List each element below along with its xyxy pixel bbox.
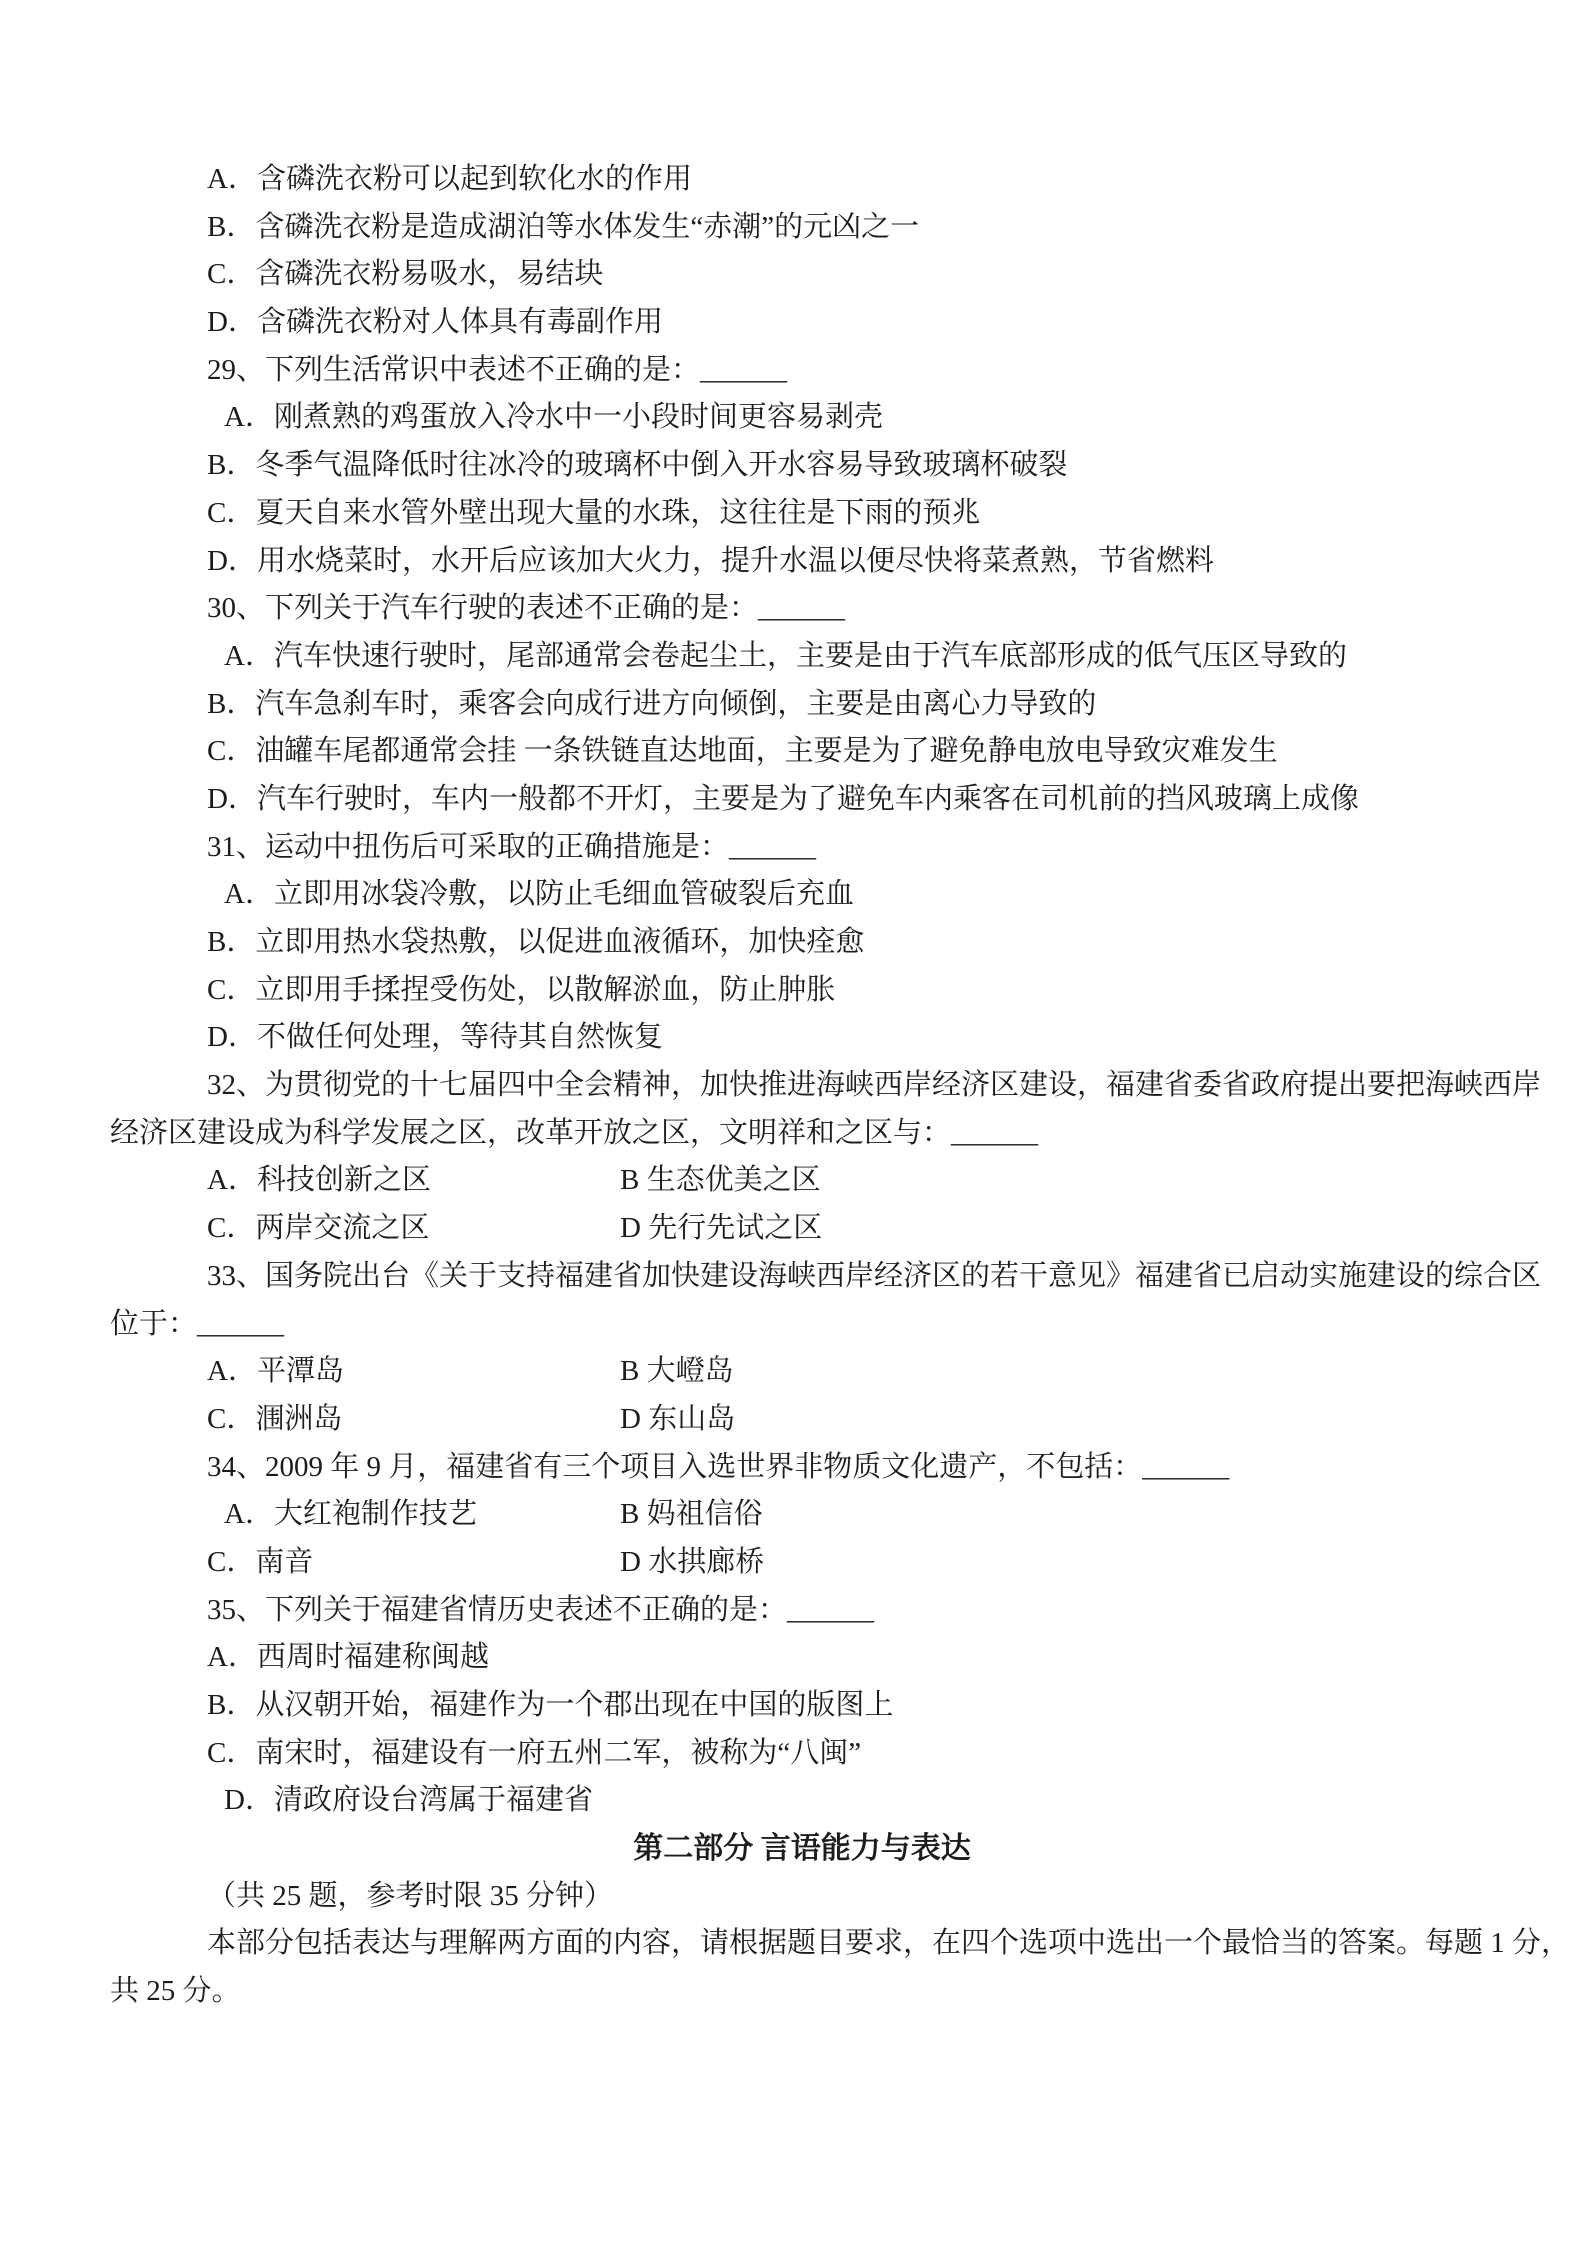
q35-option-b: B．从汉朝开始，福建作为一个郡出现在中国的版图上 <box>110 1682 1494 1730</box>
q32-option-row-ab: A．科技创新之区 B 生态优美之区 <box>110 1157 1494 1205</box>
q31-option-a: A．立即用冰袋冷敷，以防止毛细血管破裂后充血 <box>110 871 1494 919</box>
section-title: 第二部分 言语能力与表达 <box>110 1825 1494 1873</box>
q32-option-a: A．科技创新之区 <box>207 1164 431 1196</box>
q33-stem-line-1: 33、国务院出台《关于支持福建省加快建设海峡西岸经济区的若干意见》福建省已启动实… <box>110 1253 1494 1301</box>
q31-option-b: B．立即用热水袋热敷，以促进血液循环，加快痊愈 <box>110 919 1494 967</box>
q32-option-d: D 先行先试之区 <box>620 1205 822 1253</box>
q30-option-b: B．汽车急刹车时，乘客会向成行进方向倾倒，主要是由离心力导致的 <box>110 681 1494 729</box>
q28-option-b: B．含磷洗衣粉是造成湖泊等水体发生“赤潮”的元凶之一 <box>110 204 1494 252</box>
q31-option-d: D．不做任何处理，等待其自然恢复 <box>110 1014 1494 1062</box>
q33-option-row-cd: C．涠洲岛 D 东山岛 <box>110 1396 1494 1444</box>
q29-option-c: C．夏天自来水管外壁出现大量的水珠，这往往是下雨的预兆 <box>110 490 1494 538</box>
q33-option-d: D 东山岛 <box>620 1396 735 1444</box>
q33-stem-line-2: 位于：______ <box>110 1301 1494 1349</box>
q28-option-d: D．含磷洗衣粉对人体具有毒副作用 <box>110 299 1494 347</box>
q31-option-c: C．立即用手揉捏受伤处，以散解淤血，防止肿胀 <box>110 967 1494 1015</box>
q30-stem: 30、下列关于汽车行驶的表述不正确的是：______ <box>110 585 1494 633</box>
section-intro-line-2: 共 25 分。 <box>110 1968 1494 2016</box>
q33-option-a: A．平潭岛 <box>207 1355 344 1387</box>
q35-option-c: C．南宋时，福建设有一府五州二军，被称为“八闽” <box>110 1730 1494 1778</box>
q35-stem: 35、下列关于福建省情历史表述不正确的是：______ <box>110 1587 1494 1635</box>
q30-option-d: D．汽车行驶时，车内一般都不开灯，主要是为了避免车内乘客在司机前的挡风玻璃上成像 <box>110 776 1494 824</box>
q34-option-c: C．南音 <box>207 1546 313 1578</box>
q34-option-b: B 妈祖信俗 <box>620 1491 763 1539</box>
q32-stem-line-2: 经济区建设成为科学发展之区，改革开放之区，文明祥和之区与：______ <box>110 1110 1494 1158</box>
q32-option-c: C．两岸交流之区 <box>207 1212 429 1244</box>
q32-stem-line-1: 32、为贯彻党的十七届四中全会精神，加快推进海峡西岸经济区建设，福建省委省政府提… <box>110 1062 1494 1110</box>
q31-stem: 31、运动中扭伤后可采取的正确措施是：______ <box>110 824 1494 872</box>
q34-stem: 34、2009 年 9 月，福建省有三个项目入选世界非物质文化遗产，不包括：__… <box>110 1444 1494 1492</box>
q29-option-d: D．用水烧菜时，水开后应该加大火力，提升水温以便尽快将菜煮熟，节省燃料 <box>110 538 1494 586</box>
q34-option-a: A．大红袍制作技艺 <box>224 1498 477 1530</box>
q30-option-a: A．汽车快速行驶时，尾部通常会卷起尘土，主要是由于汽车底部形成的低气压区导致的 <box>110 633 1494 681</box>
q35-option-d: D．清政府设台湾属于福建省 <box>110 1777 1494 1825</box>
q34-option-row-ab: A．大红袍制作技艺 B 妈祖信俗 <box>110 1491 1494 1539</box>
q30-option-c: C．油罐车尾都通常会挂 一条铁链直达地面，主要是为了避免静电放电导致灾难发生 <box>110 728 1494 776</box>
q28-option-a: A．含磷洗衣粉可以起到软化水的作用 <box>110 156 1494 204</box>
exam-document-page: A．含磷洗衣粉可以起到软化水的作用 B．含磷洗衣粉是造成湖泊等水体发生“赤潮”的… <box>0 0 1594 2252</box>
q34-option-d: D 水拱廊桥 <box>620 1539 764 1587</box>
section-intro-line-1: 本部分包括表达与理解两方面的内容，请根据题目要求，在四个选项中选出一个最恰当的答… <box>110 1920 1494 1968</box>
q33-option-c: C．涠洲岛 <box>207 1403 342 1435</box>
q29-option-a: A．刚煮熟的鸡蛋放入冷水中一小段时间更容易剥壳 <box>110 394 1494 442</box>
q33-option-row-ab: A．平潭岛 B 大嶝岛 <box>110 1348 1494 1396</box>
q32-option-row-cd: C．两岸交流之区 D 先行先试之区 <box>110 1205 1494 1253</box>
q32-option-b: B 生态优美之区 <box>620 1157 821 1205</box>
q35-option-a: A．西周时福建称闽越 <box>110 1634 1494 1682</box>
q29-option-b: B．冬季气温降低时往冰冷的玻璃杯中倒入开水容易导致玻璃杯破裂 <box>110 442 1494 490</box>
q28-option-c: C．含磷洗衣粉易吸水，易结块 <box>110 251 1494 299</box>
section-limit-note: （共 25 题，参考时限 35 分钟） <box>110 1873 1494 1921</box>
document-content: A．含磷洗衣粉可以起到软化水的作用 B．含磷洗衣粉是造成湖泊等水体发生“赤潮”的… <box>110 156 1494 2016</box>
q34-option-row-cd: C．南音 D 水拱廊桥 <box>110 1539 1494 1587</box>
q33-option-b: B 大嶝岛 <box>620 1348 734 1396</box>
q29-stem: 29、下列生活常识中表述不正确的是：______ <box>110 347 1494 395</box>
